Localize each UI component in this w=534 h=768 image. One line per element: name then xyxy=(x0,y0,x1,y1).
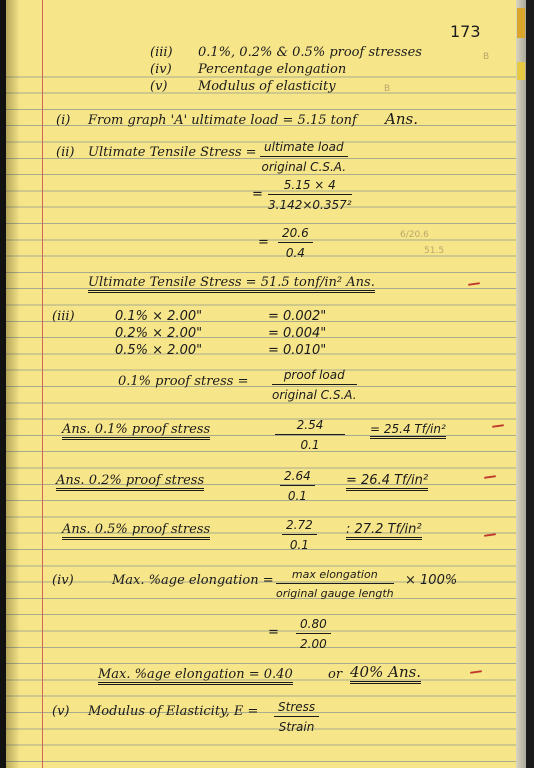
fraction-2-54-over-0-1: 2.54 0.1 xyxy=(275,418,345,452)
fraction-5-15x4-over-area: 5.15 × 4 3.142×0.357² xyxy=(268,178,352,212)
elongation-result-lhs: Max. %age elongation = 0.40 xyxy=(98,668,293,685)
background-edge xyxy=(526,0,534,768)
fraction-2-72-over-0-1: 2.72 0.1 xyxy=(282,518,317,552)
part-ii-lhs: Ultimate Tensile Stress = xyxy=(88,146,257,159)
fraction-ultimate-load-over-csa: ultimate load original C.S.A. xyxy=(260,140,348,174)
offset-row-lhs: 0.5% × 2.00" xyxy=(115,344,202,357)
pencil-calc: 6/20.6 xyxy=(400,230,429,240)
proof-stress-answer-lhs: Ans. 0.1% proof stress xyxy=(62,423,210,440)
offset-row-rhs: = 0.002" xyxy=(268,310,326,323)
page-stack-edge xyxy=(516,0,526,768)
equals-sign: = xyxy=(268,626,279,639)
offset-row-rhs: = 0.004" xyxy=(268,327,326,340)
page-tab-marker xyxy=(517,62,525,80)
fraction-proof-load-over-csa: proof load original C.S.A. xyxy=(272,368,357,402)
equals-sign: = xyxy=(258,236,269,249)
header-item-text: Percentage elongation xyxy=(198,63,346,76)
header-item-text: 0.1%, 0.2% & 0.5% proof stresses xyxy=(198,46,422,59)
fraction-2-64-over-0-1: 2.64 0.1 xyxy=(280,469,315,503)
margin-line xyxy=(42,0,43,768)
proof-stress-answer-lhs: Ans. 0.5% proof stress xyxy=(62,523,210,540)
part-ii-label: (ii) xyxy=(56,146,74,159)
offset-row-lhs: 0.1% × 2.00" xyxy=(115,310,202,323)
proof-stress-answer-result: = 25.4 Tf/in² xyxy=(370,423,446,439)
page-number: 173 xyxy=(450,22,481,41)
part-iii-label: (iii) xyxy=(52,310,75,323)
pencil-mark: B xyxy=(483,52,489,62)
proof-stress-answer-result: = 26.4 Tf/in² xyxy=(346,474,428,491)
offset-row-lhs: 0.2% × 2.00" xyxy=(115,327,202,340)
part-v-lhs: Modulus of Elasticity, E = xyxy=(88,705,258,718)
part-i-label: (i) xyxy=(56,114,70,127)
part-i-ans: Ans. xyxy=(385,112,418,127)
elongation-result-rhs: 40% Ans. xyxy=(350,665,421,684)
header-item-label: (iii) xyxy=(150,46,173,59)
header-item-label: (v) xyxy=(150,80,168,93)
part-iv-label: (iv) xyxy=(52,574,74,587)
header-item-text: Modulus of elasticity xyxy=(198,80,336,93)
part-iv-lhs: Max. %age elongation = xyxy=(112,574,274,587)
pencil-mark: B xyxy=(384,84,390,94)
pencil-calc: 51.5 xyxy=(424,246,444,256)
page-tab-marker xyxy=(517,8,525,38)
fraction-20-6-over-0-4: 20.6 0.4 xyxy=(278,226,313,260)
fraction-stress-over-strain: Stress Strain xyxy=(274,700,319,734)
fraction-elongation-over-gauge-length: max elongation original gauge length xyxy=(276,568,394,600)
offset-row-rhs: = 0.010" xyxy=(268,344,326,357)
elongation-result-or: or xyxy=(328,668,342,681)
proof-stress-def-lhs: 0.1% proof stress = xyxy=(118,375,248,388)
part-i-text: From graph 'A' ultimate load = 5.15 tonf xyxy=(88,114,357,127)
fraction-0-80-over-2-00: 0.80 2.00 xyxy=(296,617,331,651)
header-item-label: (iv) xyxy=(150,63,172,76)
part-v-label: (v) xyxy=(52,705,70,718)
proof-stress-answer-result: : 27.2 Tf/in² xyxy=(346,523,422,540)
times-100-percent: × 100% xyxy=(405,574,457,587)
equals-sign: = xyxy=(252,188,263,201)
proof-stress-answer-lhs: Ans. 0.2% proof stress xyxy=(56,474,204,491)
uts-result: Ultimate Tensile Stress = 51.5 tonf/in² … xyxy=(88,276,375,293)
